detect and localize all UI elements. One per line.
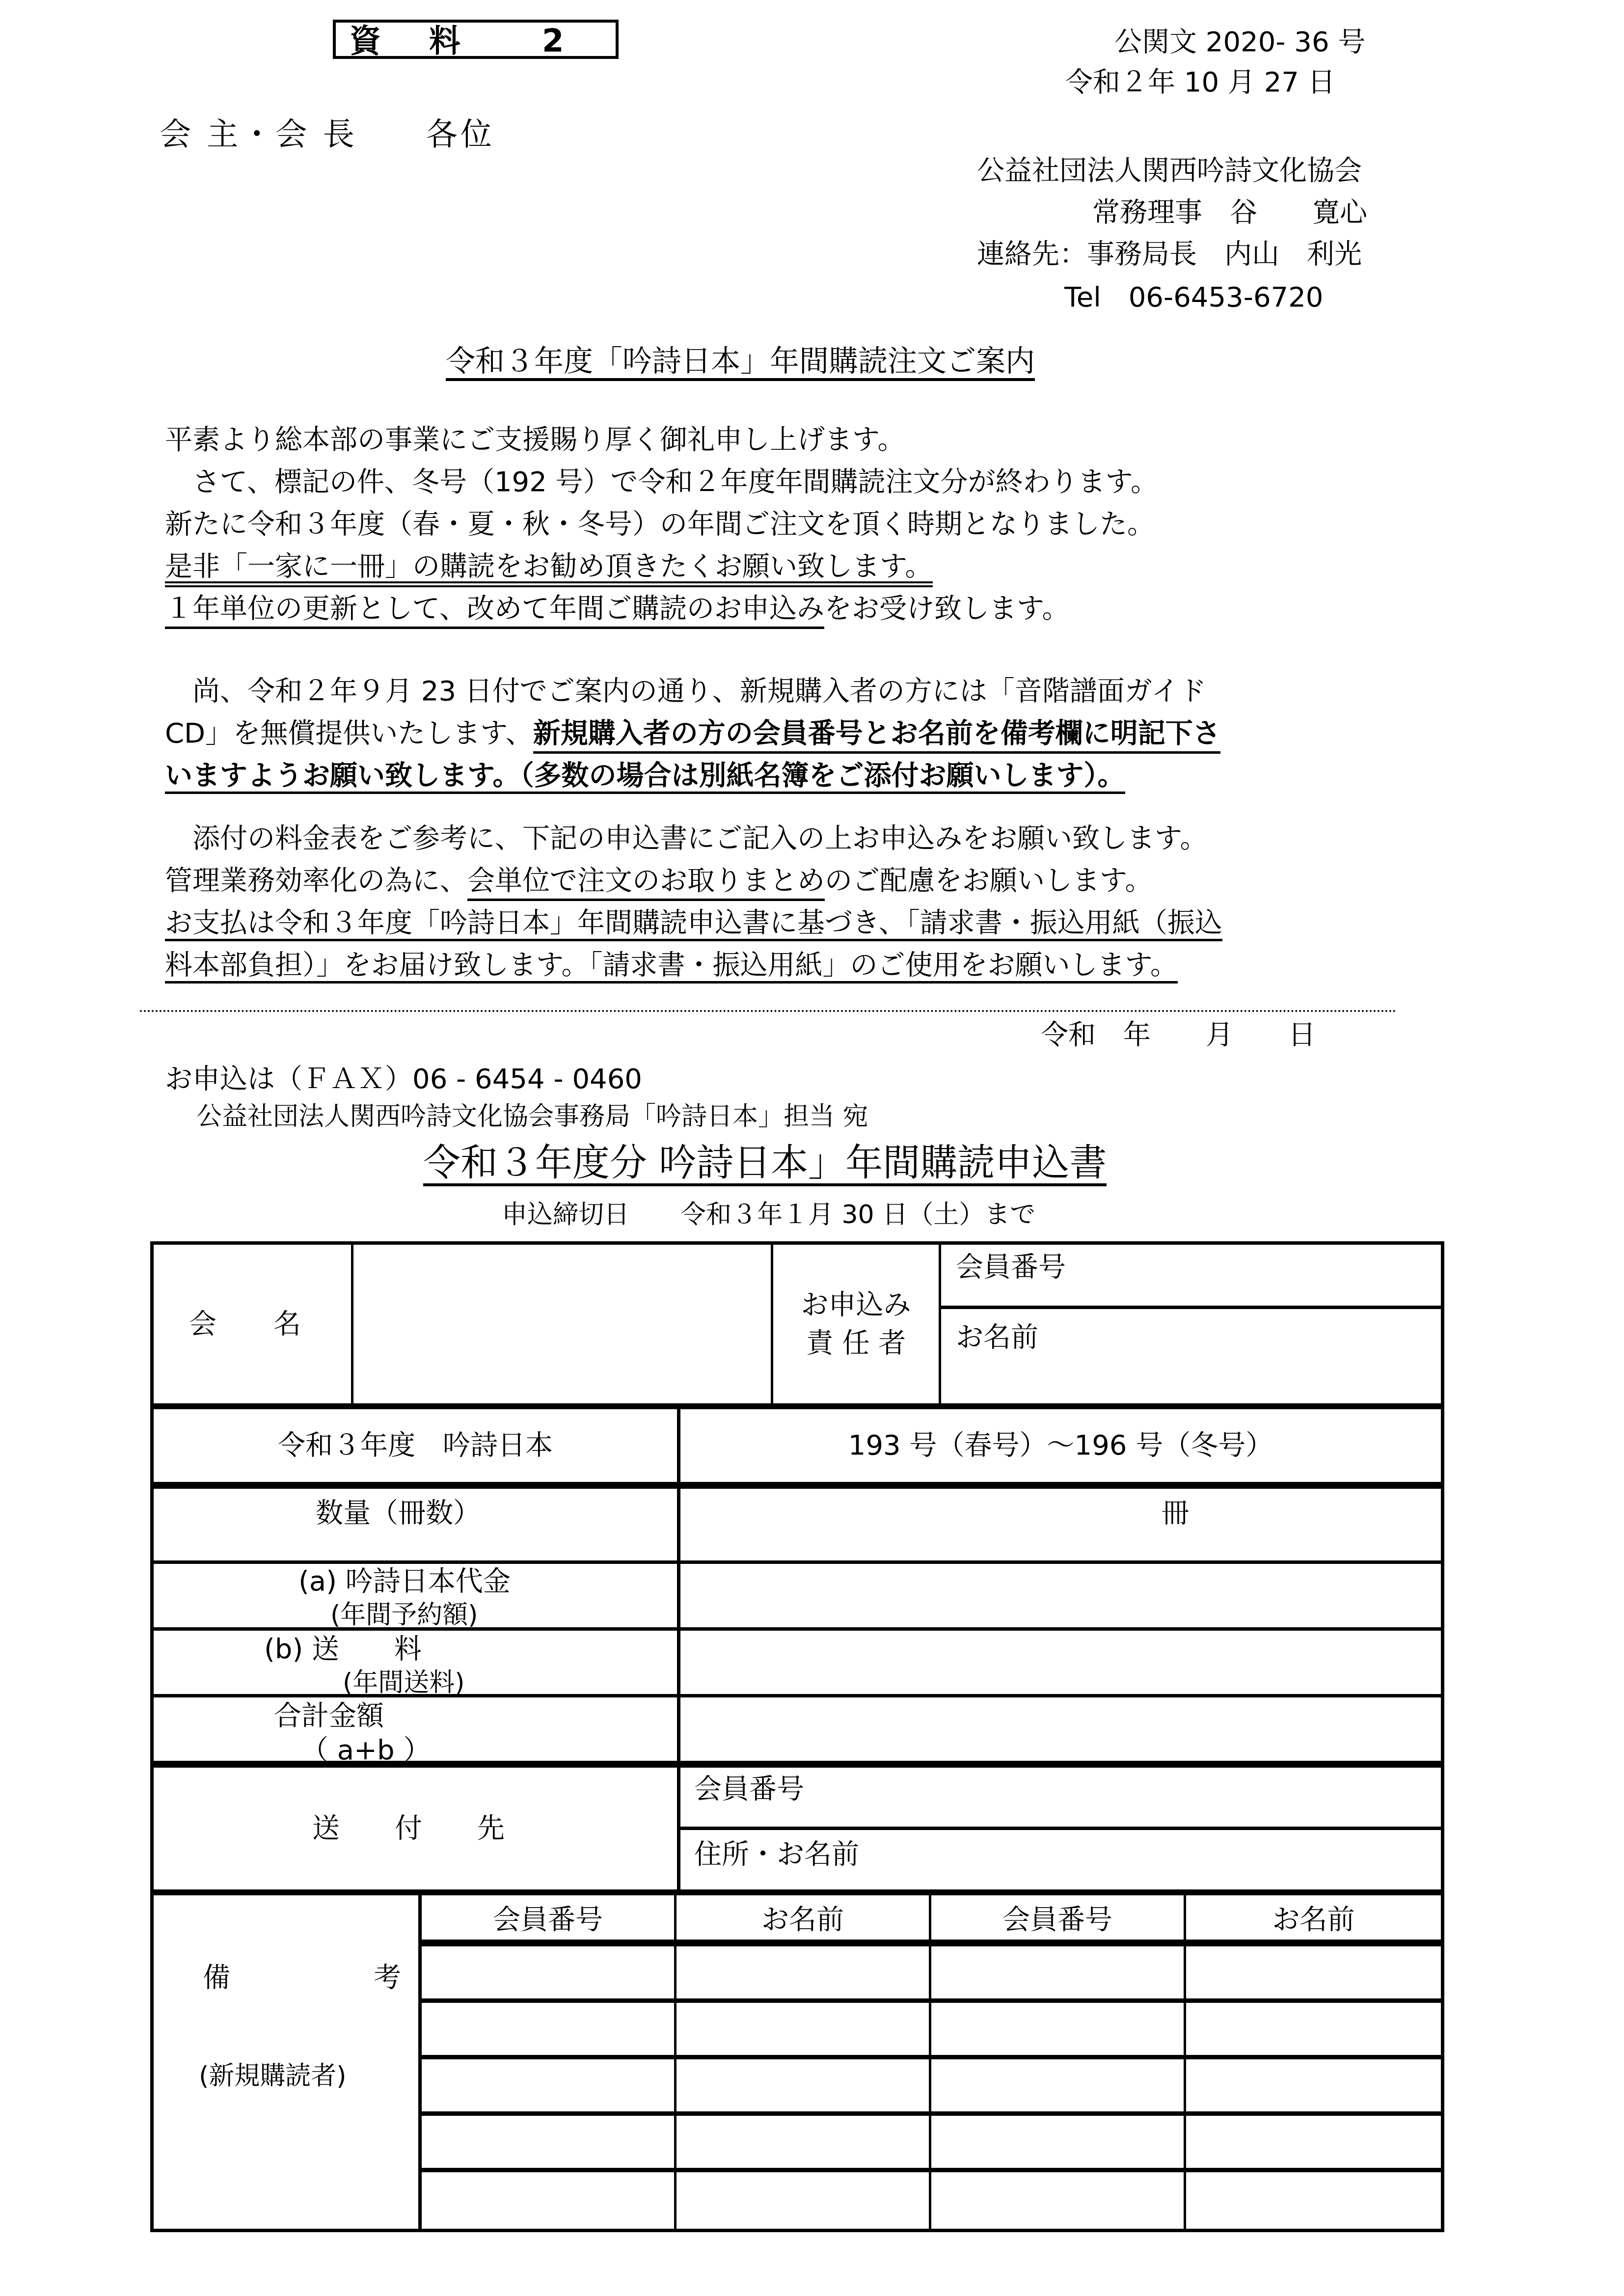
notice-line-4: 是非「一家に一冊」の購読をお勧め頂きたくお願い致します。 <box>165 553 933 587</box>
notice-line-6: 尚、令和２年９月 23 日付でご案内の通り、新規購入者の方には「音階譜面ガイド <box>165 678 1206 705</box>
shipping-input[interactable] <box>677 1631 1441 1694</box>
addressee: 会 主・会 長 各位 <box>160 109 495 154</box>
price-label-2: (年間予約額) <box>330 1602 478 1628</box>
recipient-line: 公益社団法人関西吟詩文化協会事務局「吟詩日本」担当 宛 <box>196 1104 868 1129</box>
total-label-cell: 合計金額 （ a+b ） <box>154 1697 677 1761</box>
club-name-label-cell: 会 名 <box>154 1245 351 1403</box>
remarks-label-1: 備 考 <box>203 1964 431 1992</box>
remarks-table: 会員番号 お名前 会員番号 お名前 <box>422 1895 1441 2229</box>
doc-label-char-1: 資 <box>350 26 381 57</box>
remarks-cell-r5-name-2[interactable] <box>1186 2172 1441 2229</box>
sender-director: 常務理事 谷 寛心 <box>1092 199 1367 226</box>
ship-address-label: 住所・お名前 <box>694 1841 859 1868</box>
total-label-2: （ a+b ） <box>301 1737 431 1764</box>
doc-label-char-3: 2 <box>542 26 564 57</box>
quantity-unit: 冊 <box>1162 1500 1189 1527</box>
remarks-cell-r4-member-1[interactable] <box>422 2116 677 2172</box>
notice-title: 令和３年度「吟詩日本」年間購読注文ご案内 <box>446 347 1035 381</box>
ship-member-number-label: 会員番号 <box>694 1776 804 1803</box>
notice-line-5-underlined: １年単位の更新として、改めて年間ご購読のお申込み <box>165 593 824 629</box>
remarks-cell-r4-name-1[interactable] <box>677 2116 931 2172</box>
remarks-cell-r2-name-2[interactable] <box>1186 2003 1441 2059</box>
applicant-label-1: お申込み <box>801 1291 911 1319</box>
remarks-label-cell: 備 考 (新規購読者) <box>154 1895 422 2229</box>
club-name-input[interactable] <box>351 1245 771 1403</box>
remarks-cell-r3-member-2[interactable] <box>931 2059 1186 2116</box>
total-label-1: 合計金額 <box>274 1702 384 1730</box>
form-row-shipping: (b) 送 料 (年間送料) <box>154 1627 1441 1694</box>
remarks-cell-r2-member-1[interactable] <box>422 2003 677 2059</box>
fax-line: お申込は（ＦＡＸ）06 - 6454 - 0460 <box>165 1066 642 1093</box>
remarks-cell-r1-name-2[interactable] <box>1186 1946 1441 2003</box>
applicant-name-field[interactable]: お名前 <box>941 1306 1441 1403</box>
doc-label-char-2: 料 <box>429 26 460 57</box>
remarks-cell-r1-name-1[interactable] <box>677 1946 931 2003</box>
notice-line-1: 平素より総本部の事業にご支援賜り厚く御礼申し上げます。 <box>165 426 905 454</box>
notice-line-9: 添付の料金表をご参考に、下記の申込書にご記入の上お申込みをお願い致します。 <box>165 825 1208 852</box>
notice-line-8: いますようお願い致します。（多数の場合は別紙名簿をご添付お願いします）。 <box>165 762 1125 794</box>
quantity-label-cell: 数量（冊数） <box>154 1489 677 1560</box>
remarks-cell-r1-member-2[interactable] <box>931 1946 1186 2003</box>
form-row-price: (a) 吟詩日本代金 (年間予約額) <box>154 1560 1441 1627</box>
remarks-cell-r3-member-1[interactable] <box>422 2059 677 2116</box>
notice-line-10-underlined: 会単位で注文のお取りまとめ <box>467 865 825 901</box>
remarks-header-name-2: お名前 <box>1186 1895 1441 1946</box>
application-date-line: 令和 年 月 日 <box>1041 1021 1316 1049</box>
notice-line-10: 管理業務効率化の為に、会単位で注文のお取りまとめのご配慮をお願いします。 <box>165 867 1153 895</box>
form-row-quantity: 数量（冊数） 冊 <box>154 1482 1441 1560</box>
volume-label: 令和３年度 吟詩日本 <box>278 1432 553 1459</box>
notice-line-10-pre: 管理業務効率化の為に、 <box>165 865 467 897</box>
quantity-label: 数量（冊数） <box>316 1500 481 1527</box>
notice-line-10-post: のご配慮をお願いします。 <box>825 865 1153 897</box>
club-name-label: 会 名 <box>189 1311 316 1338</box>
remarks-cell-r5-member-1[interactable] <box>422 2172 677 2229</box>
quantity-input[interactable]: 冊 <box>677 1489 1441 1560</box>
remarks-cell-r2-name-1[interactable] <box>677 2003 931 2059</box>
form-row-remarks: 備 考 (新規購読者) 会員番号 お名前 会員番号 お名前 <box>154 1889 1441 2229</box>
application-title: 令和３年度分 吟詩日本」年間購読申込書 <box>423 1144 1107 1186</box>
notice-line-12: 料本部負担）」をお届け致します。「請求書・振込用紙」のご使用をお願いします。 <box>165 952 1178 984</box>
notice-line-5: １年単位の更新として、改めて年間ご購読のお申込みをお受け致します。 <box>165 595 1069 623</box>
sender-organization: 公益社団法人関西吟詩文化協会 <box>977 157 1362 185</box>
remarks-cell-r2-member-2[interactable] <box>931 2003 1186 2059</box>
application-deadline: 申込締切日 令和３年１月 30 日（土）まで <box>502 1202 1035 1228</box>
applicant-label-2: 責 任 者 <box>806 1330 906 1357</box>
remarks-header-member-number-2: 会員番号 <box>931 1895 1186 1946</box>
applicant-name-label: お名前 <box>956 1324 1038 1351</box>
applicant-member-number-field[interactable]: 会員番号 <box>941 1245 1441 1306</box>
applicant-fields: 会員番号 お名前 <box>939 1245 1441 1403</box>
shipping-label-cell: (b) 送 料 (年間送料) <box>154 1631 677 1694</box>
notice-line-3: 新たに令和３年度（春・夏・秋・冬号）の年間ご注文を頂く時期となりました。 <box>165 511 1155 538</box>
remarks-cell-r4-name-2[interactable] <box>1186 2116 1441 2172</box>
notice-line-2: さて、標記の件、冬号（192 号）で令和２年度年間購読注文分が終わります。 <box>165 468 1158 496</box>
remarks-cell-r4-member-2[interactable] <box>931 2116 1186 2172</box>
form-row-club: 会 名 お申込み 責 任 者 会員番号 お名前 <box>154 1245 1441 1403</box>
remarks-cell-r3-name-1[interactable] <box>677 2059 931 2116</box>
notice-line-5-rest: をお受け致します。 <box>824 593 1070 625</box>
notice-line-7: CD」を無償提供いたします、新規購入者の方の会員番号とお名前を備考欄に明記下さ <box>165 720 1220 747</box>
total-input[interactable] <box>677 1697 1441 1761</box>
volume-label-cell: 令和３年度 吟詩日本 <box>154 1409 677 1482</box>
ship-member-number-field[interactable]: 会員番号 <box>680 1768 1441 1827</box>
remarks-header-member-number-1: 会員番号 <box>422 1895 677 1946</box>
volume-value-cell: 193 号（春号）～196 号（冬号） <box>677 1409 1441 1482</box>
sender-tel: Tel 06-6453-6720 <box>1064 284 1323 311</box>
applicant-label-cell: お申込み 責 任 者 <box>771 1245 939 1403</box>
remarks-cell-r5-name-1[interactable] <box>677 2172 931 2229</box>
price-label-1: (a) 吟詩日本代金 <box>298 1568 511 1595</box>
ship-address-field[interactable]: 住所・お名前 <box>680 1827 1441 1889</box>
applicant-member-number-label: 会員番号 <box>956 1254 1066 1281</box>
ship-to-label-cell: 送 付 先 <box>154 1768 677 1889</box>
price-input[interactable] <box>677 1564 1441 1627</box>
remarks-cell-r1-member-1[interactable] <box>422 1946 677 2003</box>
price-label-cell: (a) 吟詩日本代金 (年間予約額) <box>154 1564 677 1627</box>
cut-line-divider <box>140 1010 1397 1012</box>
remarks-header-name-1: お名前 <box>677 1895 931 1946</box>
ship-to-label: 送 付 先 <box>312 1815 518 1842</box>
volume-value: 193 号（春号）～196 号（冬号） <box>848 1432 1273 1459</box>
form-row-total: 合計金額 （ a+b ） <box>154 1694 1441 1761</box>
sender-contact: 連絡先：事務局長 内山 利光 <box>977 241 1362 268</box>
form-row-volume: 令和３年度 吟詩日本 193 号（春号）～196 号（冬号） <box>154 1403 1441 1482</box>
document-label-box: 資 料 2 <box>333 20 619 59</box>
document-number: 公関文 2020- 36 号 <box>1114 28 1365 56</box>
shipping-label-2: (年間送料) <box>343 1670 465 1695</box>
remarks-label-2: (新規購読者) <box>199 2063 347 2089</box>
remarks-cell-r3-name-2[interactable] <box>1186 2059 1441 2116</box>
remarks-cell-r5-member-2[interactable] <box>931 2172 1186 2229</box>
application-form: 会 名 お申込み 責 任 者 会員番号 お名前 令和３年度 吟詩日本 193 号… <box>150 1241 1444 2232</box>
shipping-label-1: (b) 送 料 <box>264 1636 422 1663</box>
notice-line-7-plain: CD」を無償提供いたします、 <box>165 717 533 749</box>
form-row-ship-to: 送 付 先 会員番号 住所・お名前 <box>154 1761 1441 1889</box>
document-date: 令和２年 10 月 27 日 <box>1065 69 1335 96</box>
ship-to-fields: 会員番号 住所・お名前 <box>677 1768 1441 1889</box>
notice-line-11: お支払は令和３年度「吟詩日本」年間購読申込書に基づき、「請求書・振込用紙（振込 <box>165 909 1222 941</box>
notice-line-7-emphasis: 新規購入者の方の会員番号とお名前を備考欄に明記下さ <box>533 717 1220 754</box>
